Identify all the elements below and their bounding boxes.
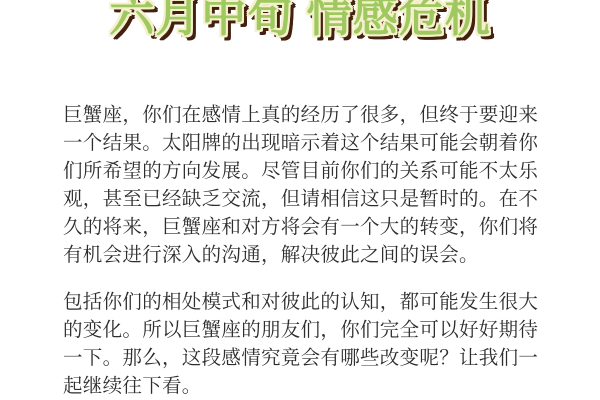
paragraph-1: 巨蟹座，你们在感情上真的经历了很多，但终于要迎来 一个结果。太阳牌的出现暗示着这… (63, 101, 549, 269)
article-body: 巨蟹座，你们在感情上真的经历了很多，但终于要迎来 一个结果。太阳牌的出现暗示着这… (63, 101, 549, 400)
text-line: 观，甚至已经缺乏交流，但请相信这只是暂时的。在不 (63, 185, 549, 213)
article-page: 六月中旬 情感危机 巨蟹座，你们在感情上真的经历了很多，但终于要迎来 一个结果。… (0, 0, 600, 400)
paragraph-2: 包括你们的相处模式和对彼此的认知，都可能发生很大 的变化。所以巨蟹座的朋友们，你… (63, 288, 549, 400)
text-line: 起继续往下看。 (63, 372, 549, 400)
text-line: 久的将来，巨蟹座和对方将会有一个大的转变，你们将 (63, 213, 549, 241)
text-line: 一下。那么，这段感情究竟会有哪些改变呢？让我们一 (63, 344, 549, 372)
page-title: 六月中旬 情感危机 (0, 0, 600, 40)
text-line: 们所希望的方向发展。尽管目前你们的关系可能不太乐 (63, 157, 549, 185)
text-line: 一个结果。太阳牌的出现暗示着这个结果可能会朝着你 (63, 129, 549, 157)
text-line: 包括你们的相处模式和对彼此的认知，都可能发生很大 (63, 288, 549, 316)
text-line: 的变化。所以巨蟹座的朋友们，你们完全可以好好期待 (63, 316, 549, 344)
text-line: 巨蟹座，你们在感情上真的经历了很多，但终于要迎来 (63, 101, 549, 129)
text-line: 有机会进行深入的沟通，解决彼此之间的误会。 (63, 241, 549, 269)
